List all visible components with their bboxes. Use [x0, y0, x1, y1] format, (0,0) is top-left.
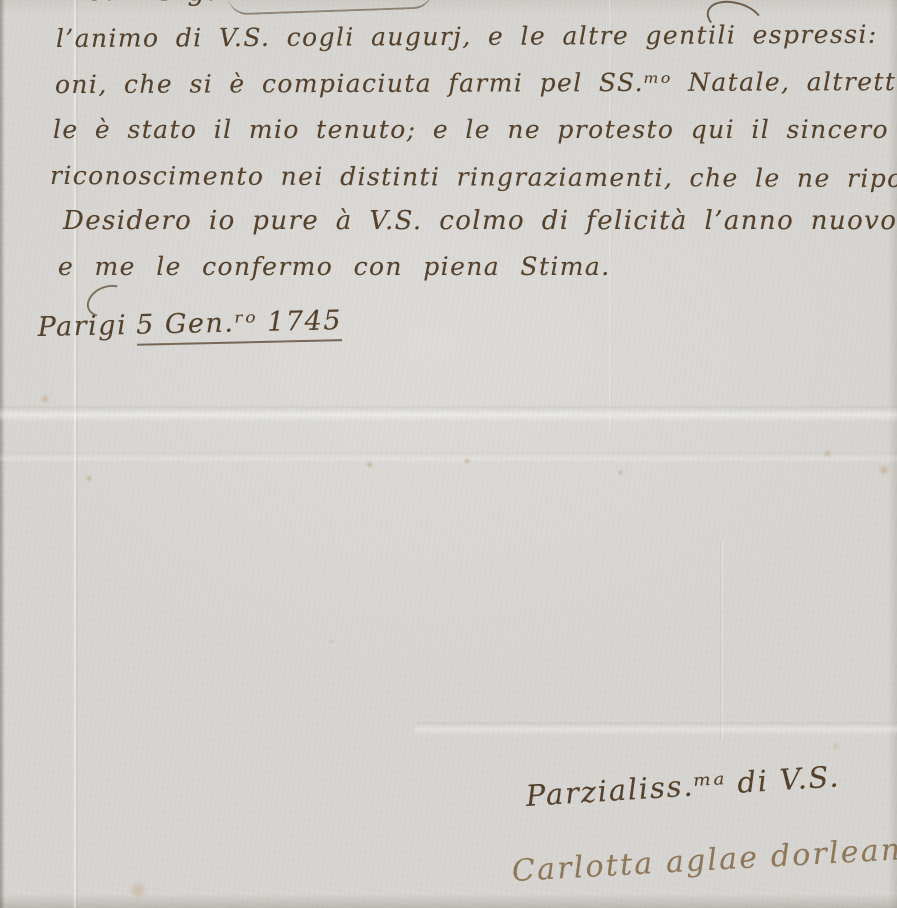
foxing-spot — [832, 742, 840, 750]
dateline-date-underlined: 5 Gen.ʳᵒ 1745 — [136, 305, 343, 346]
foxing-spot — [823, 449, 832, 458]
foxing-spot — [617, 469, 624, 476]
cutoff-line-fragment: mo. Sig. — [60, 0, 218, 7]
horizontal-fold-crease-2 — [0, 452, 897, 463]
horizontal-fold-crease-3 — [415, 722, 897, 735]
letter-line: e me le confermo con piena Stima. — [58, 252, 611, 281]
manuscript-letter-photo: mo. Sig. l’animo di V.S. cogli augurj, e… — [0, 0, 897, 908]
foxing-spot — [328, 638, 335, 645]
foxing-stain — [128, 880, 148, 900]
dateline-place: Parigi — [37, 310, 127, 343]
foxing-spot — [878, 464, 890, 476]
signature: Carlotta aglae dorleans — [511, 831, 897, 889]
vertical-fold-crease-lower — [720, 540, 723, 740]
letter-line: riconoscimento nei distinti ringraziamen… — [50, 161, 897, 193]
foxing-spot — [40, 394, 50, 404]
closing-formula: Parzialiss.ᵐᵃ di V.S. — [525, 759, 841, 813]
ink-flourish-swash — [228, 0, 434, 16]
letter-line: le è stato il mio tenuto; e le ne protes… — [53, 115, 897, 144]
foxing-spot — [463, 457, 471, 465]
foxing-spot — [85, 474, 93, 482]
horizontal-fold-crease-1 — [0, 406, 897, 422]
letter-line: oni, che si è compiaciuta farmi pel SS.ᵐ… — [55, 67, 897, 99]
dateline: Parigi5 Gen.ʳᵒ 1745 — [37, 305, 342, 343]
foxing-spot — [365, 460, 374, 469]
letter-line: Desidero io pure à V.S. colmo di felicit… — [63, 206, 897, 236]
letter-line: l’animo di V.S. cogli augurj, e le altre… — [56, 20, 878, 53]
